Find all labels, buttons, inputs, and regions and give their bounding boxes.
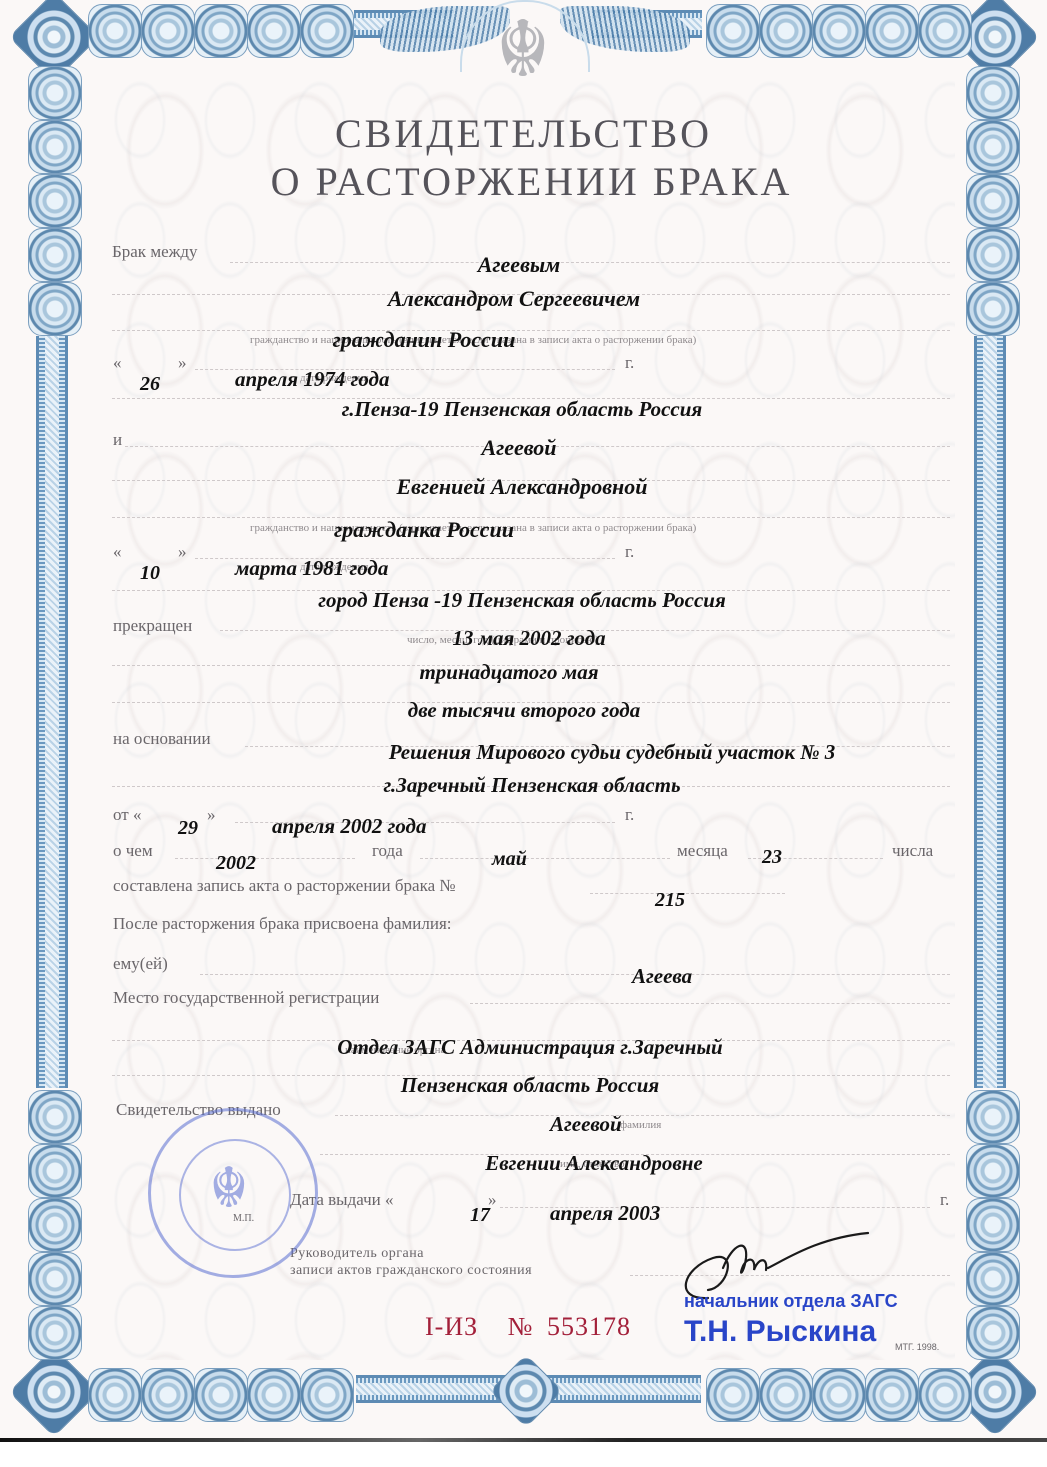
label-record-made: составлена запись акта о расторжении бра… [113, 876, 456, 896]
label-on-basis: на основании [113, 729, 211, 749]
label-year-g-3: г. [625, 805, 634, 825]
label-year-word: года [372, 841, 403, 861]
person2-birth-place: город Пенза -19 Пензенская область Росси… [318, 588, 726, 613]
label-about-what: о чем [113, 841, 153, 861]
person1-birth-day: 26 [140, 373, 160, 396]
issued-to-surname: Агеевой [550, 1112, 622, 1137]
serial-number: I-ИЗ № 553178 [425, 1312, 631, 1342]
record-day: 23 [762, 846, 782, 869]
label-and: и [113, 430, 122, 450]
document-title-line1: СВИДЕТЕЛЬСТВО [0, 110, 1047, 157]
label-quote-close-1: » [178, 353, 187, 373]
person2-citizenship: гражданка России [334, 517, 514, 543]
record-month: май [492, 848, 527, 871]
basis-line1: Решения Мирового судьи судебный участок … [389, 740, 836, 765]
signatory-name-stamp: Т.Н. Рыскина [684, 1315, 876, 1349]
issue-day: 17 [470, 1204, 490, 1227]
signatory-position-stamp: начальник отдела ЗАГС [684, 1291, 898, 1312]
form-code: МТГ. 1998. [895, 1342, 939, 1352]
label-terminated: прекращен [113, 616, 192, 636]
caption-surname: фамилия [620, 1119, 661, 1131]
label-day-word: числа [892, 841, 933, 861]
label-marriage-between: Брак между [112, 242, 198, 262]
label-quote-close-3: » [207, 805, 216, 825]
certificate-paper: ☬ С [0, 0, 1047, 1440]
basis-line2: г.Заречный Пензенская область [383, 773, 680, 798]
termination-date-words-2: две тысячи второго года [408, 698, 640, 723]
label-from: от « [113, 805, 141, 825]
person1-name-patronymic: Александром Сергеевичем [388, 286, 640, 312]
label-to-him-her: ему(ей) [113, 954, 168, 974]
termination-date-digits: 13 мая 2002 года [452, 626, 605, 651]
person1-citizenship: гражданин России [333, 327, 516, 353]
person2-birth-day: 10 [140, 562, 160, 585]
person2-name-patronymic: Евгенией Александровной [397, 474, 648, 500]
person1-birth-place: г.Пенза-19 Пензенская область Россия [342, 397, 702, 422]
record-year: 2002 [216, 852, 256, 875]
label-registration-place: Место государственной регистрации [113, 988, 379, 1008]
person2-surname: Агеевой [481, 435, 556, 461]
seal-eagle-icon: ☬ [209, 1156, 249, 1221]
label-quote-close-2: » [178, 542, 187, 562]
basis-month-year: апреля 2002 года [272, 814, 426, 839]
termination-date-words-1: тринадцатого мая [419, 660, 598, 685]
basis-day: 29 [178, 817, 198, 840]
serial-series: I-ИЗ [425, 1312, 478, 1341]
person1-birth-month-year: апреля 1974 года [235, 367, 389, 392]
issue-month-year: апреля 2003 [550, 1201, 660, 1226]
corner-ornament-icon [9, 1347, 100, 1438]
person2-birth-month-year: марта 1981 года [235, 556, 388, 581]
serial-number-sign: № [508, 1312, 534, 1341]
surname-after-divorce: Агеева [632, 964, 692, 989]
label-year-g-1: г. [625, 353, 634, 373]
seal-mp-label: М.П. [233, 1213, 254, 1224]
eagle-emblem-icon: ☬ [478, 6, 568, 94]
scan-edge-shadow [0, 1438, 1047, 1442]
person1-surname: Агеевым [478, 252, 561, 278]
document-title-line2: О РАСТОРЖЕНИИ БРАКА [8, 158, 1047, 205]
official-seal: ☬ М.П. [148, 1108, 318, 1278]
record-number: 215 [655, 889, 685, 912]
label-quote-open-2: « [113, 542, 122, 562]
serial-digits: 553178 [547, 1312, 631, 1341]
label-year-g-4: г. [940, 1190, 949, 1210]
label-quote-open-1: « [113, 353, 122, 373]
label-year-g-2: г. [625, 542, 634, 562]
issued-to-name-patronymic: Евгении Александровне [485, 1151, 702, 1176]
label-month-word: месяца [677, 841, 728, 861]
label-head-line2: записи актов гражданского состояния [290, 1263, 532, 1279]
label-head-line1: Руководитель органа [290, 1246, 424, 1262]
registration-place-line1: Отдел ЗАГС Администрация г.Заречный [337, 1035, 722, 1060]
registration-place-line2: Пензенская область Россия [401, 1073, 659, 1098]
label-after-divorce-surname: После расторжения брака присвоена фамили… [113, 914, 451, 934]
